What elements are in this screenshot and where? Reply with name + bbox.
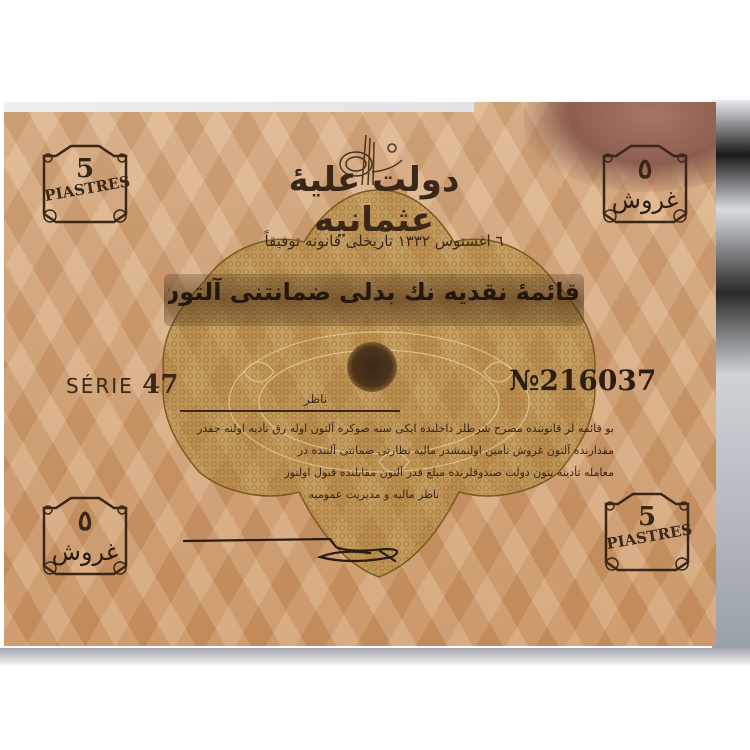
corner-denomination-bottom-left: ٥ غروش	[36, 494, 134, 580]
serial-value: 216037	[539, 364, 656, 397]
banknote: 5 PIASTRES ٥ غروش ٥ غروش 5 PIASTRES دولت…	[4, 102, 716, 646]
serial-number: №216037	[509, 364, 656, 397]
body-text-line: مقدارنده آلتون غروش تأمين اولنمشدر ماليه…	[144, 444, 614, 457]
light-glare	[4, 102, 474, 112]
corner-denomination-bottom-right: 5 PIASTRES	[598, 490, 696, 576]
denomination-word-ottoman: غروش	[36, 538, 134, 566]
denomination-number-ottoman: ٥	[596, 152, 694, 185]
photo-background-top	[0, 0, 750, 102]
serie-word: SÉRIE	[66, 374, 134, 398]
legend-banner-text: قائمۀ نقديه نك بدلى ضمانتنى آلتون غروش ت…	[168, 278, 580, 306]
corner-denomination-top-right: ٥ غروش	[596, 142, 694, 228]
body-text-line: ناظر ماليه و مديريت عموميه	[274, 488, 474, 501]
body-text-line: معامله تأدينه بتون دولت صندوقلرنده مبلغ …	[144, 466, 614, 479]
denomination-number-ottoman: ٥	[36, 504, 134, 537]
issuer-title: دولت عليهٔ عثمانيه	[244, 160, 504, 240]
serie-label: SÉRIE 47	[66, 370, 178, 400]
body-text-line: بو قائمه لر قانوننده مصرح شرطلر داخلنده …	[144, 422, 614, 435]
seal-emblem	[347, 342, 397, 392]
law-date-line: ٦ اغستوس ١٣٣٢ تاريخلى قانونه توفيقاً	[264, 232, 504, 250]
denomination-word-ottoman: غروش	[596, 186, 694, 214]
signature	[180, 527, 410, 567]
serial-prefix: №	[509, 364, 539, 397]
corner-denomination-top-left: 5 PIASTRES	[36, 142, 134, 228]
photo-background-bottom	[0, 648, 750, 750]
inspector-label: ناظر	[304, 392, 327, 406]
inspector-rule	[180, 410, 400, 412]
photo-background-right	[712, 100, 750, 650]
serie-number: 47	[142, 370, 178, 400]
